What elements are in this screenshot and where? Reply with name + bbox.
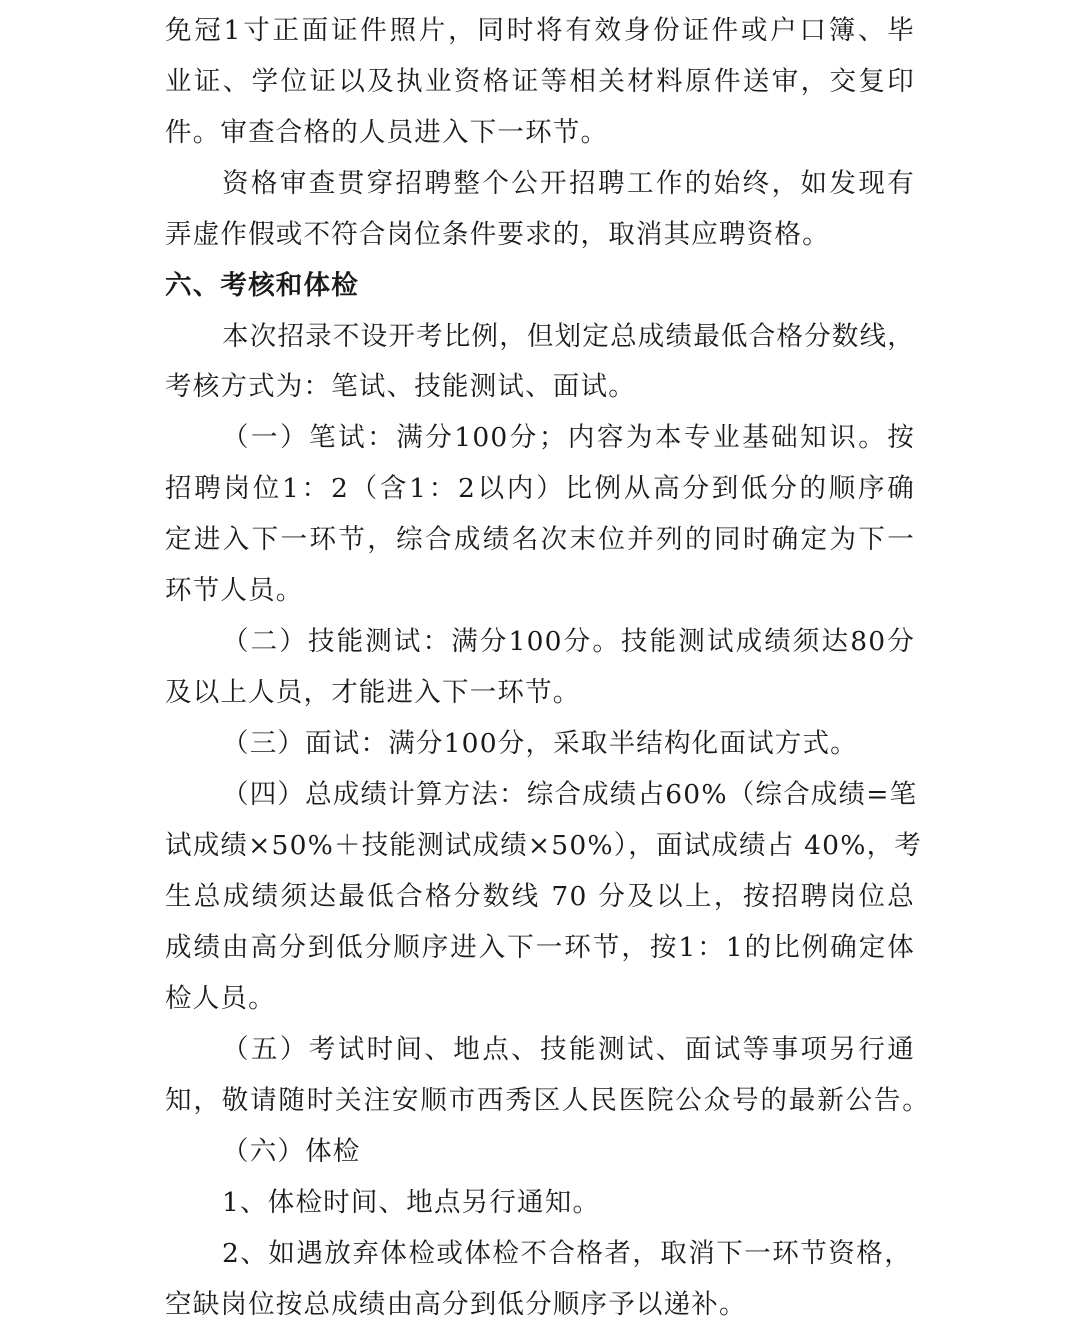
text-line: 招聘岗位1：2（含1：2以内）比例从高分到低分的顺序确 bbox=[165, 469, 915, 509]
section-heading: 六、考核和体检 bbox=[165, 266, 359, 306]
text-line: 空缺岗位按总成绩由高分到低分顺序予以递补。 bbox=[165, 1285, 747, 1325]
text-line: （五）考试时间、地点、技能测试、面试等事项另行通 bbox=[222, 1030, 915, 1070]
text-line: （六）体检 bbox=[222, 1132, 361, 1172]
text-line: 1、体检时间、地点另行通知。 bbox=[222, 1183, 600, 1223]
text-line: （四）总成绩计算方法：综合成绩占60%（综合成绩=笔 bbox=[222, 775, 915, 815]
text-line: 2、如遇放弃体检或体检不合格者，取消下一环节资格， bbox=[222, 1234, 912, 1274]
text-line: 生总成绩须达最低合格分数线 70 分及以上，按招聘岗位总 bbox=[165, 877, 915, 917]
text-line: 定进入下一环节，综合成绩名次末位并列的同时确定为下一 bbox=[165, 520, 915, 560]
text-line: 成绩由高分到低分顺序进入下一环节，按1：1的比例确定体 bbox=[165, 928, 915, 968]
text-line: 免冠1寸正面证件照片，同时将有效身份证件或户口簿、毕 bbox=[165, 11, 915, 51]
text-line: （二）技能测试：满分100分。技能测试成绩须达80分 bbox=[222, 622, 915, 662]
text-line: （三）面试：满分100分，采取半结构化面试方式。 bbox=[222, 724, 858, 764]
text-line: 件。审查合格的人员进入下一环节。 bbox=[165, 113, 608, 153]
text-line: 弄虚作假或不符合岗位条件要求的，取消其应聘资格。 bbox=[165, 215, 830, 255]
text-line: 环节人员。 bbox=[165, 571, 304, 611]
text-line: 资格审查贯穿招聘整个公开招聘工作的始终，如发现有 bbox=[222, 164, 915, 204]
text-line: 考核方式为：笔试、技能测试、面试。 bbox=[165, 367, 636, 407]
text-line: 本次招录不设开考比例，但划定总成绩最低合格分数线， bbox=[222, 317, 915, 357]
document-page: 免冠1寸正面证件照片，同时将有效身份证件或户口簿、毕 业证、学位证以及执业资格证… bbox=[0, 0, 1080, 1328]
text-line: 及以上人员，才能进入下一环节。 bbox=[165, 673, 581, 713]
text-line: （一）笔试：满分100分；内容为本专业基础知识。按 bbox=[222, 418, 915, 458]
text-line: 业证、学位证以及执业资格证等相关材料原件送审，交复印 bbox=[165, 62, 915, 102]
text-line: 知，敬请随时关注安顺市西秀区人民医院公众号的最新公告。 bbox=[165, 1081, 930, 1121]
text-line: 试成绩×50%＋技能测试成绩×50%），面试成绩占 40%，考 bbox=[165, 826, 915, 866]
text-line: 检人员。 bbox=[165, 979, 276, 1019]
